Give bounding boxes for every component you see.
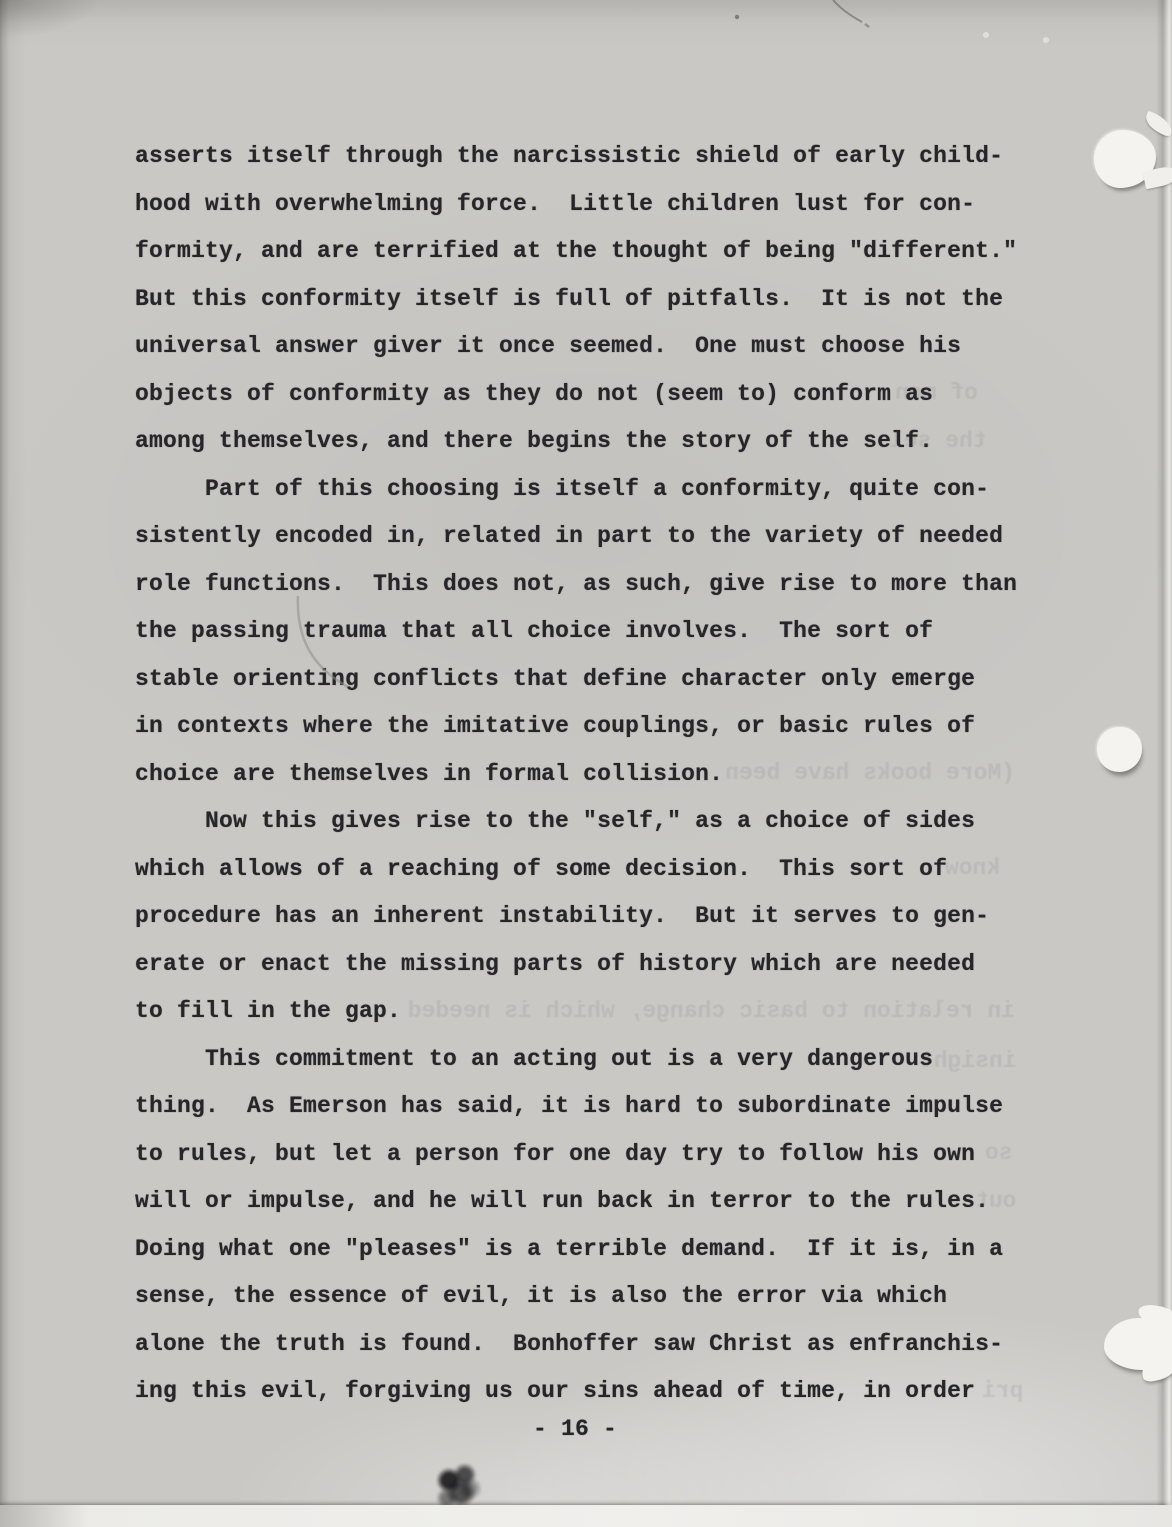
text-line: among themselves, and there begins the s… bbox=[135, 418, 1025, 466]
text-line: This commitment to an acting out is a ve… bbox=[135, 1036, 1025, 1084]
text-line: procedure has an inherent instability. B… bbox=[135, 893, 1025, 941]
text-line: formity, and are terrified at the though… bbox=[135, 228, 1025, 276]
speck bbox=[735, 15, 739, 19]
scratch-mark-top bbox=[865, 24, 869, 27]
text-line: sense, the essence of evil, it is also t… bbox=[135, 1273, 1025, 1321]
text-line: alone the truth is found. Bonhoffer saw … bbox=[135, 1321, 1025, 1369]
speck bbox=[1043, 37, 1049, 43]
scratch-mark-top bbox=[833, 0, 862, 22]
page-number: - 16 - bbox=[135, 1406, 1015, 1454]
text-line: Part of this choosing is itself a confor… bbox=[135, 466, 1025, 514]
paper-sheet: of men the sel (More books have been kno… bbox=[0, 0, 1172, 1505]
text-line: But this conformity itself is full of pi… bbox=[135, 276, 1025, 324]
scan-background-strip bbox=[0, 1505, 1172, 1527]
text-line: asserts itself through the narcissistic … bbox=[135, 133, 1025, 181]
text-line: Now this gives rise to the "self," as a … bbox=[135, 798, 1025, 846]
text-line: erate or enact the missing parts of hist… bbox=[135, 941, 1025, 989]
punch-hole-torn-top bbox=[1094, 130, 1156, 188]
text-line: Doing what one "pleases" is a terrible d… bbox=[135, 1226, 1025, 1274]
text-line: in contexts where the imitative coupling… bbox=[135, 703, 1025, 751]
punch-hole-torn-bottom bbox=[1104, 1318, 1172, 1370]
text-line: choice are themselves in formal collisio… bbox=[135, 751, 1025, 799]
text-line: which allows of a reaching of some decis… bbox=[135, 846, 1025, 894]
punch-hole-middle bbox=[1097, 727, 1142, 772]
typewritten-text: asserts itself through the narcissistic … bbox=[135, 133, 1025, 1416]
text-line: sistently encoded in, related in part to… bbox=[135, 513, 1025, 561]
text-line: will or impulse, and he will run back in… bbox=[135, 1178, 1025, 1226]
scanned-document-page: { "doc": { "page_number": "- 16 -", "lin… bbox=[0, 0, 1172, 1527]
corner-shadow bbox=[0, 0, 140, 60]
speck bbox=[983, 32, 989, 38]
text-line: stable orienting conflicts that define c… bbox=[135, 656, 1025, 704]
text-line: hood with overwhelming force. Little chi… bbox=[135, 181, 1025, 229]
text-line: to rules, but let a person for one day t… bbox=[135, 1131, 1025, 1179]
text-line: universal answer giver it once seemed. O… bbox=[135, 323, 1025, 371]
text-line: role functions. This does not, as such, … bbox=[135, 561, 1025, 609]
text-line: objects of conformity as they do not (se… bbox=[135, 371, 1025, 419]
text-line: to fill in the gap. bbox=[135, 988, 1025, 1036]
text-line: the passing trauma that all choice invol… bbox=[135, 608, 1025, 656]
paper-right-edge bbox=[1156, 0, 1172, 1505]
text-line: thing. As Emerson has said, it is hard t… bbox=[135, 1083, 1025, 1131]
